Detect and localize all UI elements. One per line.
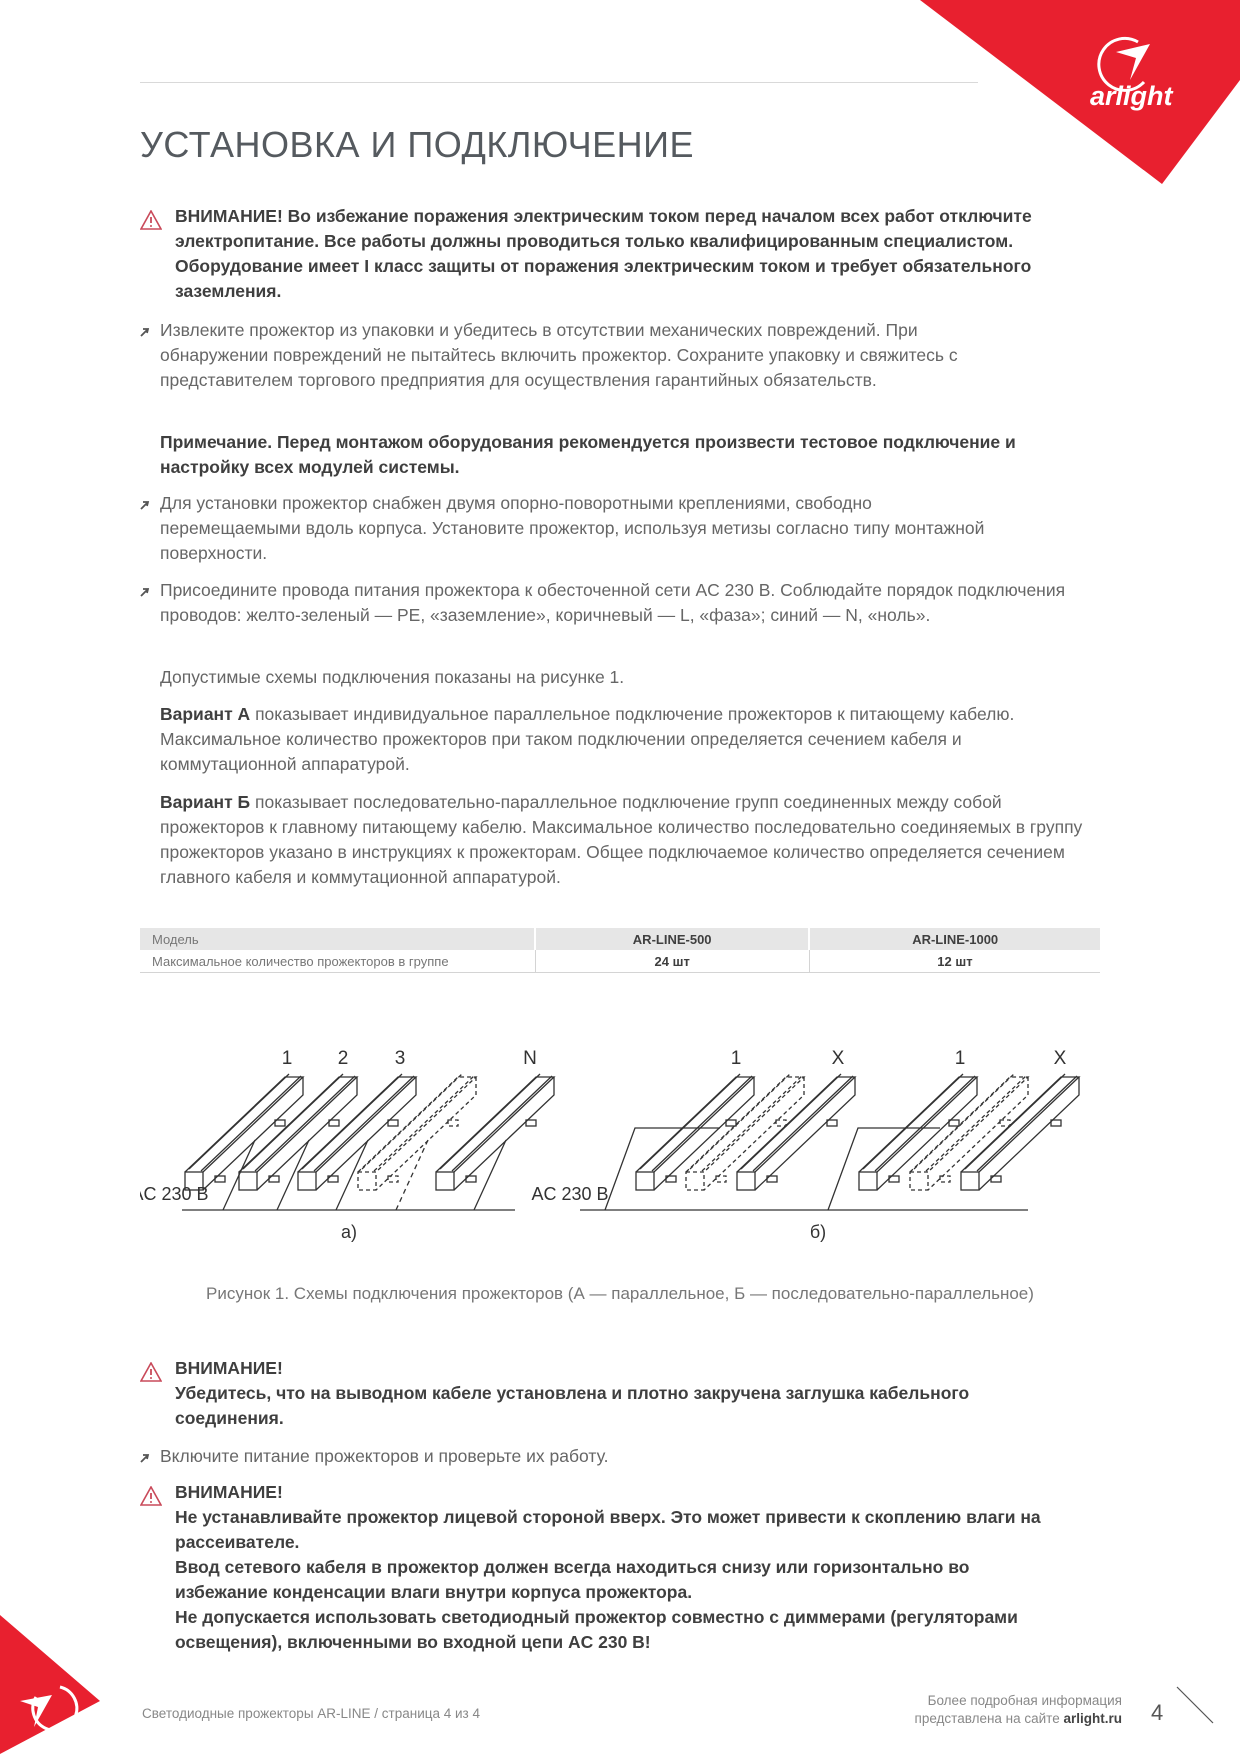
warning-text: Ввод сетевого кабеля в прожектор должен … — [175, 1555, 1035, 1605]
arrow-bullet-icon — [140, 327, 150, 337]
arrow-bullet-icon — [140, 587, 150, 597]
header-divider — [140, 82, 978, 83]
svg-text:1: 1 — [731, 1048, 742, 1069]
page-slash-decoration — [1175, 1685, 1215, 1725]
svg-text:б): б) — [810, 1222, 826, 1242]
footer-doc-info: Светодиодные прожекторы AR-LINE / страни… — [142, 1706, 480, 1721]
warning-text: ВНИМАНИЕ! Во избежание поражения электри… — [175, 204, 1055, 304]
variant-a-text: показывает индивидуальное параллельное п… — [160, 704, 1014, 774]
svg-text:3: 3 — [395, 1048, 406, 1069]
step-text: Для установки прожектор снабжен двумя оп… — [160, 491, 1010, 566]
warning-block-grounding: ВНИМАНИЕ! Во избежание поражения электри… — [140, 204, 1100, 304]
arrow-bullet-icon — [140, 1453, 150, 1463]
brand-name: arlight — [1090, 81, 1174, 111]
svg-text:1: 1 — [282, 1048, 293, 1069]
variant-b-label: Вариант Б — [160, 792, 250, 812]
step-item: Извлеките прожектор из упаковки и убедит… — [140, 318, 1100, 393]
footer-more-info-line1: Более подробная информация — [915, 1692, 1122, 1710]
svg-text:AC 230 В: AC 230 В — [140, 1184, 209, 1204]
footer-site-link[interactable]: arlight.ru — [1063, 1711, 1122, 1726]
footer-more-info: Более подробная информация представлена … — [915, 1692, 1122, 1728]
warning-block-cable-plug: ВНИМАНИЕ! Убедитесь, что на выводном каб… — [140, 1356, 1100, 1431]
warning-text: Не допускается использовать светодиодный… — [175, 1605, 1100, 1655]
footer-more-info-line2: представлена на сайте — [915, 1711, 1064, 1726]
step-item: Для установки прожектор снабжен двумя оп… — [140, 491, 1100, 566]
variant-a-description: Вариант А показывает индивидуальное пара… — [160, 702, 1100, 777]
step-item: Присоедините провода питания прожектора … — [140, 578, 1100, 628]
warning-text: Не устанавливайте прожектор лицевой стор… — [175, 1505, 1055, 1555]
step-text: Присоедините провода питания прожектора … — [160, 578, 1100, 628]
svg-text:1: 1 — [955, 1048, 966, 1069]
table-cell: 24 шт — [535, 950, 809, 973]
table-cell: Максимальное количество прожекторов в гр… — [140, 950, 535, 973]
step-text: Включите питание прожекторов и проверьте… — [160, 1444, 1100, 1469]
variant-a-label: Вариант А — [160, 704, 250, 724]
warning-text: Убедитесь, что на выводном кабеле устано… — [175, 1381, 1075, 1431]
brand-corner-banner: arlight — [900, 0, 1240, 190]
page-title: УСТАНОВКА И ПОДКЛЮЧЕНИЕ — [140, 124, 694, 166]
table-cell: 12 шт — [809, 950, 1100, 973]
table-header-cell: Модель — [140, 928, 535, 950]
warning-triangle-icon — [140, 1362, 162, 1382]
step-text: Извлеките прожектор из упаковки и убедит… — [160, 318, 1020, 393]
svg-text:2: 2 — [338, 1048, 349, 1069]
svg-text:N: N — [523, 1048, 537, 1069]
note-text: Примечание. Перед монтажом оборудования … — [160, 430, 1100, 480]
warning-block-orientation: ВНИМАНИЕ! Не устанавливайте прожектор ли… — [140, 1480, 1100, 1655]
table-header-cell: AR-LINE-1000 — [809, 928, 1100, 950]
arrow-bullet-icon — [140, 500, 150, 510]
svg-text:X: X — [832, 1048, 845, 1069]
variant-b-description: Вариант Б показывает последовательно-пар… — [160, 790, 1100, 890]
warning-triangle-icon — [140, 210, 162, 230]
connection-schemes-figure: 123NAC 230 Ва)1X1XAC 230 Вб) — [140, 1040, 1100, 1250]
warning-triangle-icon — [140, 1486, 162, 1506]
spec-table: Модель AR-LINE-500 AR-LINE-1000 Максимал… — [140, 928, 1100, 973]
step-item: Включите питание прожекторов и проверьте… — [140, 1444, 1100, 1469]
schemes-intro: Допустимые схемы подключения показаны на… — [160, 665, 1100, 690]
table-header-row: Модель AR-LINE-500 AR-LINE-1000 — [140, 928, 1100, 950]
page-number: 4 — [1151, 1700, 1163, 1726]
table-row: Максимальное количество прожекторов в гр… — [140, 950, 1100, 973]
table-header-cell: AR-LINE-500 — [535, 928, 809, 950]
variant-b-text: показывает последовательно-параллельное … — [160, 792, 1082, 887]
warning-heading: ВНИМАНИЕ! — [175, 1356, 1075, 1381]
svg-text:а): а) — [341, 1222, 357, 1242]
warning-heading: ВНИМАНИЕ! — [175, 1480, 1100, 1505]
svg-text:X: X — [1054, 1048, 1067, 1069]
brand-corner-footer — [0, 1615, 120, 1754]
figure-caption: Рисунок 1. Схемы подключения прожекторов… — [140, 1284, 1100, 1304]
svg-text:AC 230 В: AC 230 В — [531, 1184, 608, 1204]
